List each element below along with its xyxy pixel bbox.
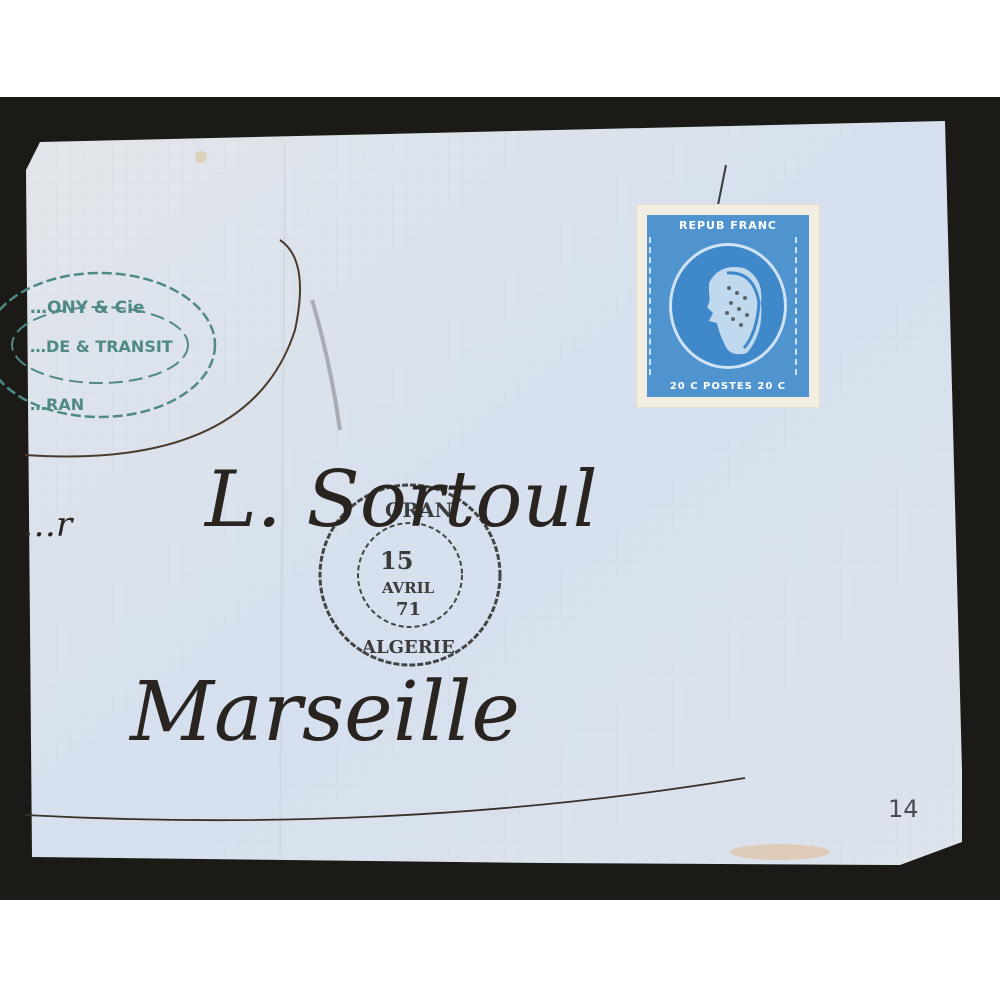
stamp-bottom-legend: 20 C POSTES 20 C: [661, 378, 795, 395]
greek-key-border-left: [649, 237, 661, 375]
svg-text:…RAN: …RAN: [30, 395, 84, 414]
address-city: Marseille: [130, 665, 520, 760]
svg-text:15: 15: [380, 546, 413, 575]
svg-text:…ONY & Cie: …ONY & Cie: [30, 298, 144, 318]
stamp-frame: REPUB FRANC 20 C POSTES 20 C: [647, 215, 809, 397]
ceres-head-icon: [669, 243, 787, 369]
svg-text:AVRIL: AVRIL: [381, 579, 435, 597]
addressee-name: L. Sortoul: [205, 455, 598, 545]
ceres-head-medallion: [669, 243, 787, 369]
address-prefix: …r: [22, 505, 72, 545]
svg-text:71: 71: [396, 599, 421, 620]
greek-key-border-right: [795, 237, 807, 375]
pencil-note: 14: [888, 795, 919, 823]
postage-stamp: REPUB FRANC 20 C POSTES 20 C: [637, 205, 819, 407]
stamp-top-legend: REPUB FRANC: [661, 217, 795, 234]
svg-text:…DE & TRANSIT: …DE & TRANSIT: [30, 337, 173, 356]
svg-text:ALGERIE: ALGERIE: [361, 637, 455, 658]
